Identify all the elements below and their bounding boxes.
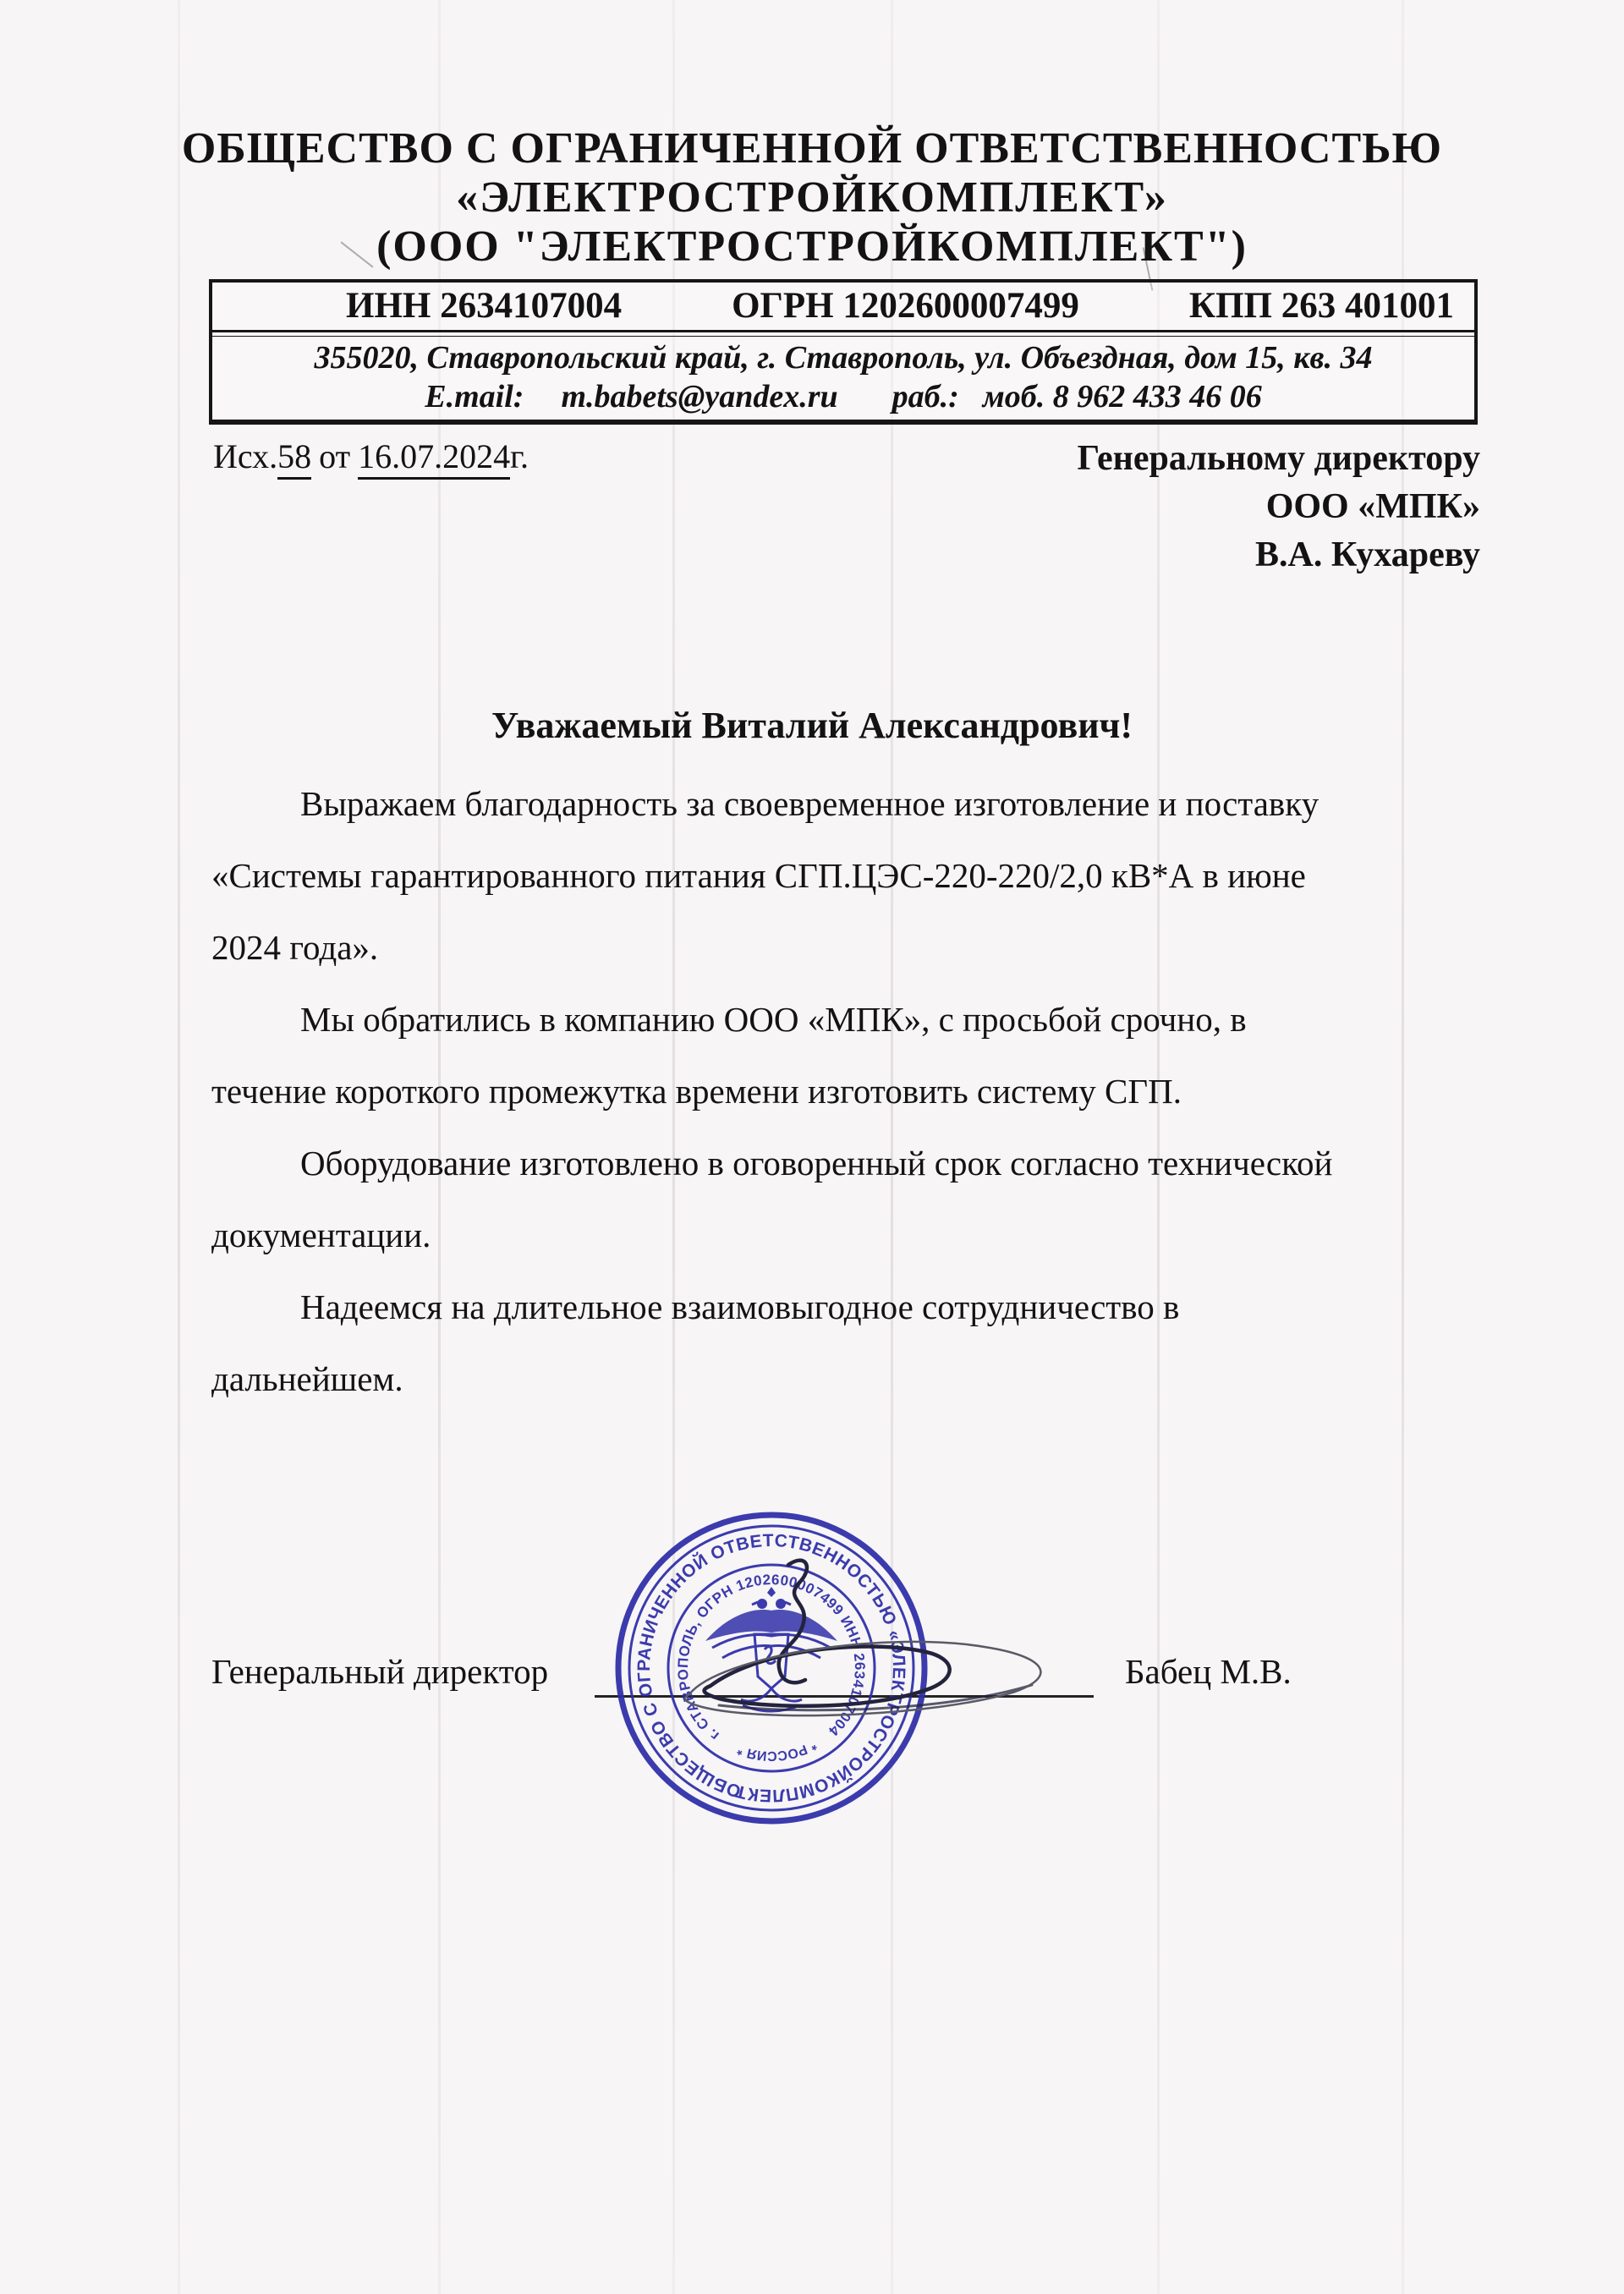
ref-prefix: Исх. <box>213 437 277 475</box>
ref-date: 16.07.2024 <box>358 437 510 480</box>
body-line: Мы обратились в компанию ООО «МПК», с пр… <box>211 984 1455 1056</box>
registration-numbers-row: ИНН 2634107004 ОГРН 1202600007499 КПП 26… <box>212 283 1474 330</box>
ref-middle: от <box>319 437 350 475</box>
letter-page: ОБЩЕСТВО С ОГРАНИЧЕННОЙ ОТВЕТСТВЕННОСТЬЮ… <box>0 0 1624 2294</box>
ref-suffix: г. <box>510 437 529 475</box>
work-phone-label: раб.: <box>892 377 959 416</box>
inn-value: ИНН 2634107004 <box>346 285 622 327</box>
ref-number: 58 <box>277 437 311 480</box>
contacts-row: E.mail: m.babets@yandex.ru раб.: моб. 8 … <box>212 377 1474 419</box>
seal-graphic: ОБЩЕСТВО С ОГРАНИЧЕННОЙ ОТВЕТСТВЕННОСТЬЮ… <box>618 1515 924 1821</box>
recipient-name: В.А. Кухареву <box>1077 531 1480 579</box>
recipient-position: Генеральному директору <box>1077 435 1480 483</box>
ogrn-value: ОГРН 1202600007499 <box>732 285 1079 327</box>
email-label: E.mail: <box>425 377 524 416</box>
seal-country-text: * РОССИЯ * <box>735 1737 819 1763</box>
letterhead-box: ИНН 2634107004 ОГРН 1202600007499 КПП 26… <box>209 279 1478 425</box>
company-address: 355020, Ставропольский край, г. Ставропо… <box>212 337 1474 377</box>
scan-fold-line <box>178 0 180 2294</box>
signer-name: Бабец М.В. <box>1125 1651 1292 1692</box>
letterhead-divider <box>212 330 1474 337</box>
letterhead-bottom-rule <box>212 420 1474 421</box>
outgoing-reference: Исх.58от16.07.2024г. <box>213 436 529 476</box>
mobile-phone-value: моб. 8 962 433 46 06 <box>983 377 1262 416</box>
body-line: Выражаем благодарность за своевременное … <box>211 768 1455 840</box>
letter-body: Выражаем благодарность за своевременное … <box>211 768 1455 1415</box>
body-line: документации. <box>211 1199 1455 1271</box>
body-line: Оборудование изготовлено в оговоренный с… <box>211 1128 1455 1199</box>
recipient-block: Генеральному директору ООО «МПК» В.А. Ку… <box>1077 435 1480 579</box>
salutation: Уважаемый Виталий Александрович! <box>0 704 1624 747</box>
body-line: Надеемся на длительное взаимовыгодное со… <box>211 1271 1455 1343</box>
signer-role: Генеральный директор <box>211 1651 548 1692</box>
body-line: течение короткого промежутка времени изг… <box>211 1056 1455 1128</box>
body-line: дальнейшем. <box>211 1343 1455 1415</box>
email-value: m.babets@yandex.ru <box>561 377 837 416</box>
recipient-company: ООО «МПК» <box>1077 483 1480 531</box>
company-seal-stamp: ОБЩЕСТВО С ОГРАНИЧЕННОЙ ОТВЕТСТВЕННОСТЬЮ… <box>592 1504 1066 1842</box>
body-line: «Системы гарантированного питания СГП.ЦЭ… <box>211 840 1455 912</box>
company-title-line1: ОБЩЕСТВО С ОГРАНИЧЕННОЙ ОТВЕТСТВЕННОСТЬЮ <box>0 123 1624 173</box>
body-line: 2024 года». <box>211 912 1455 984</box>
company-title-line3: (ООО "ЭЛЕКТРОСТРОЙКОМПЛЕКТ") <box>0 222 1624 272</box>
svg-text:* РОССИЯ *: * РОССИЯ * <box>735 1737 819 1763</box>
company-title-line2: «ЭЛЕКТРОСТРОЙКОМПЛЕКТ» <box>0 173 1624 222</box>
kpp-value: КПП 263 401001 <box>1189 285 1454 327</box>
